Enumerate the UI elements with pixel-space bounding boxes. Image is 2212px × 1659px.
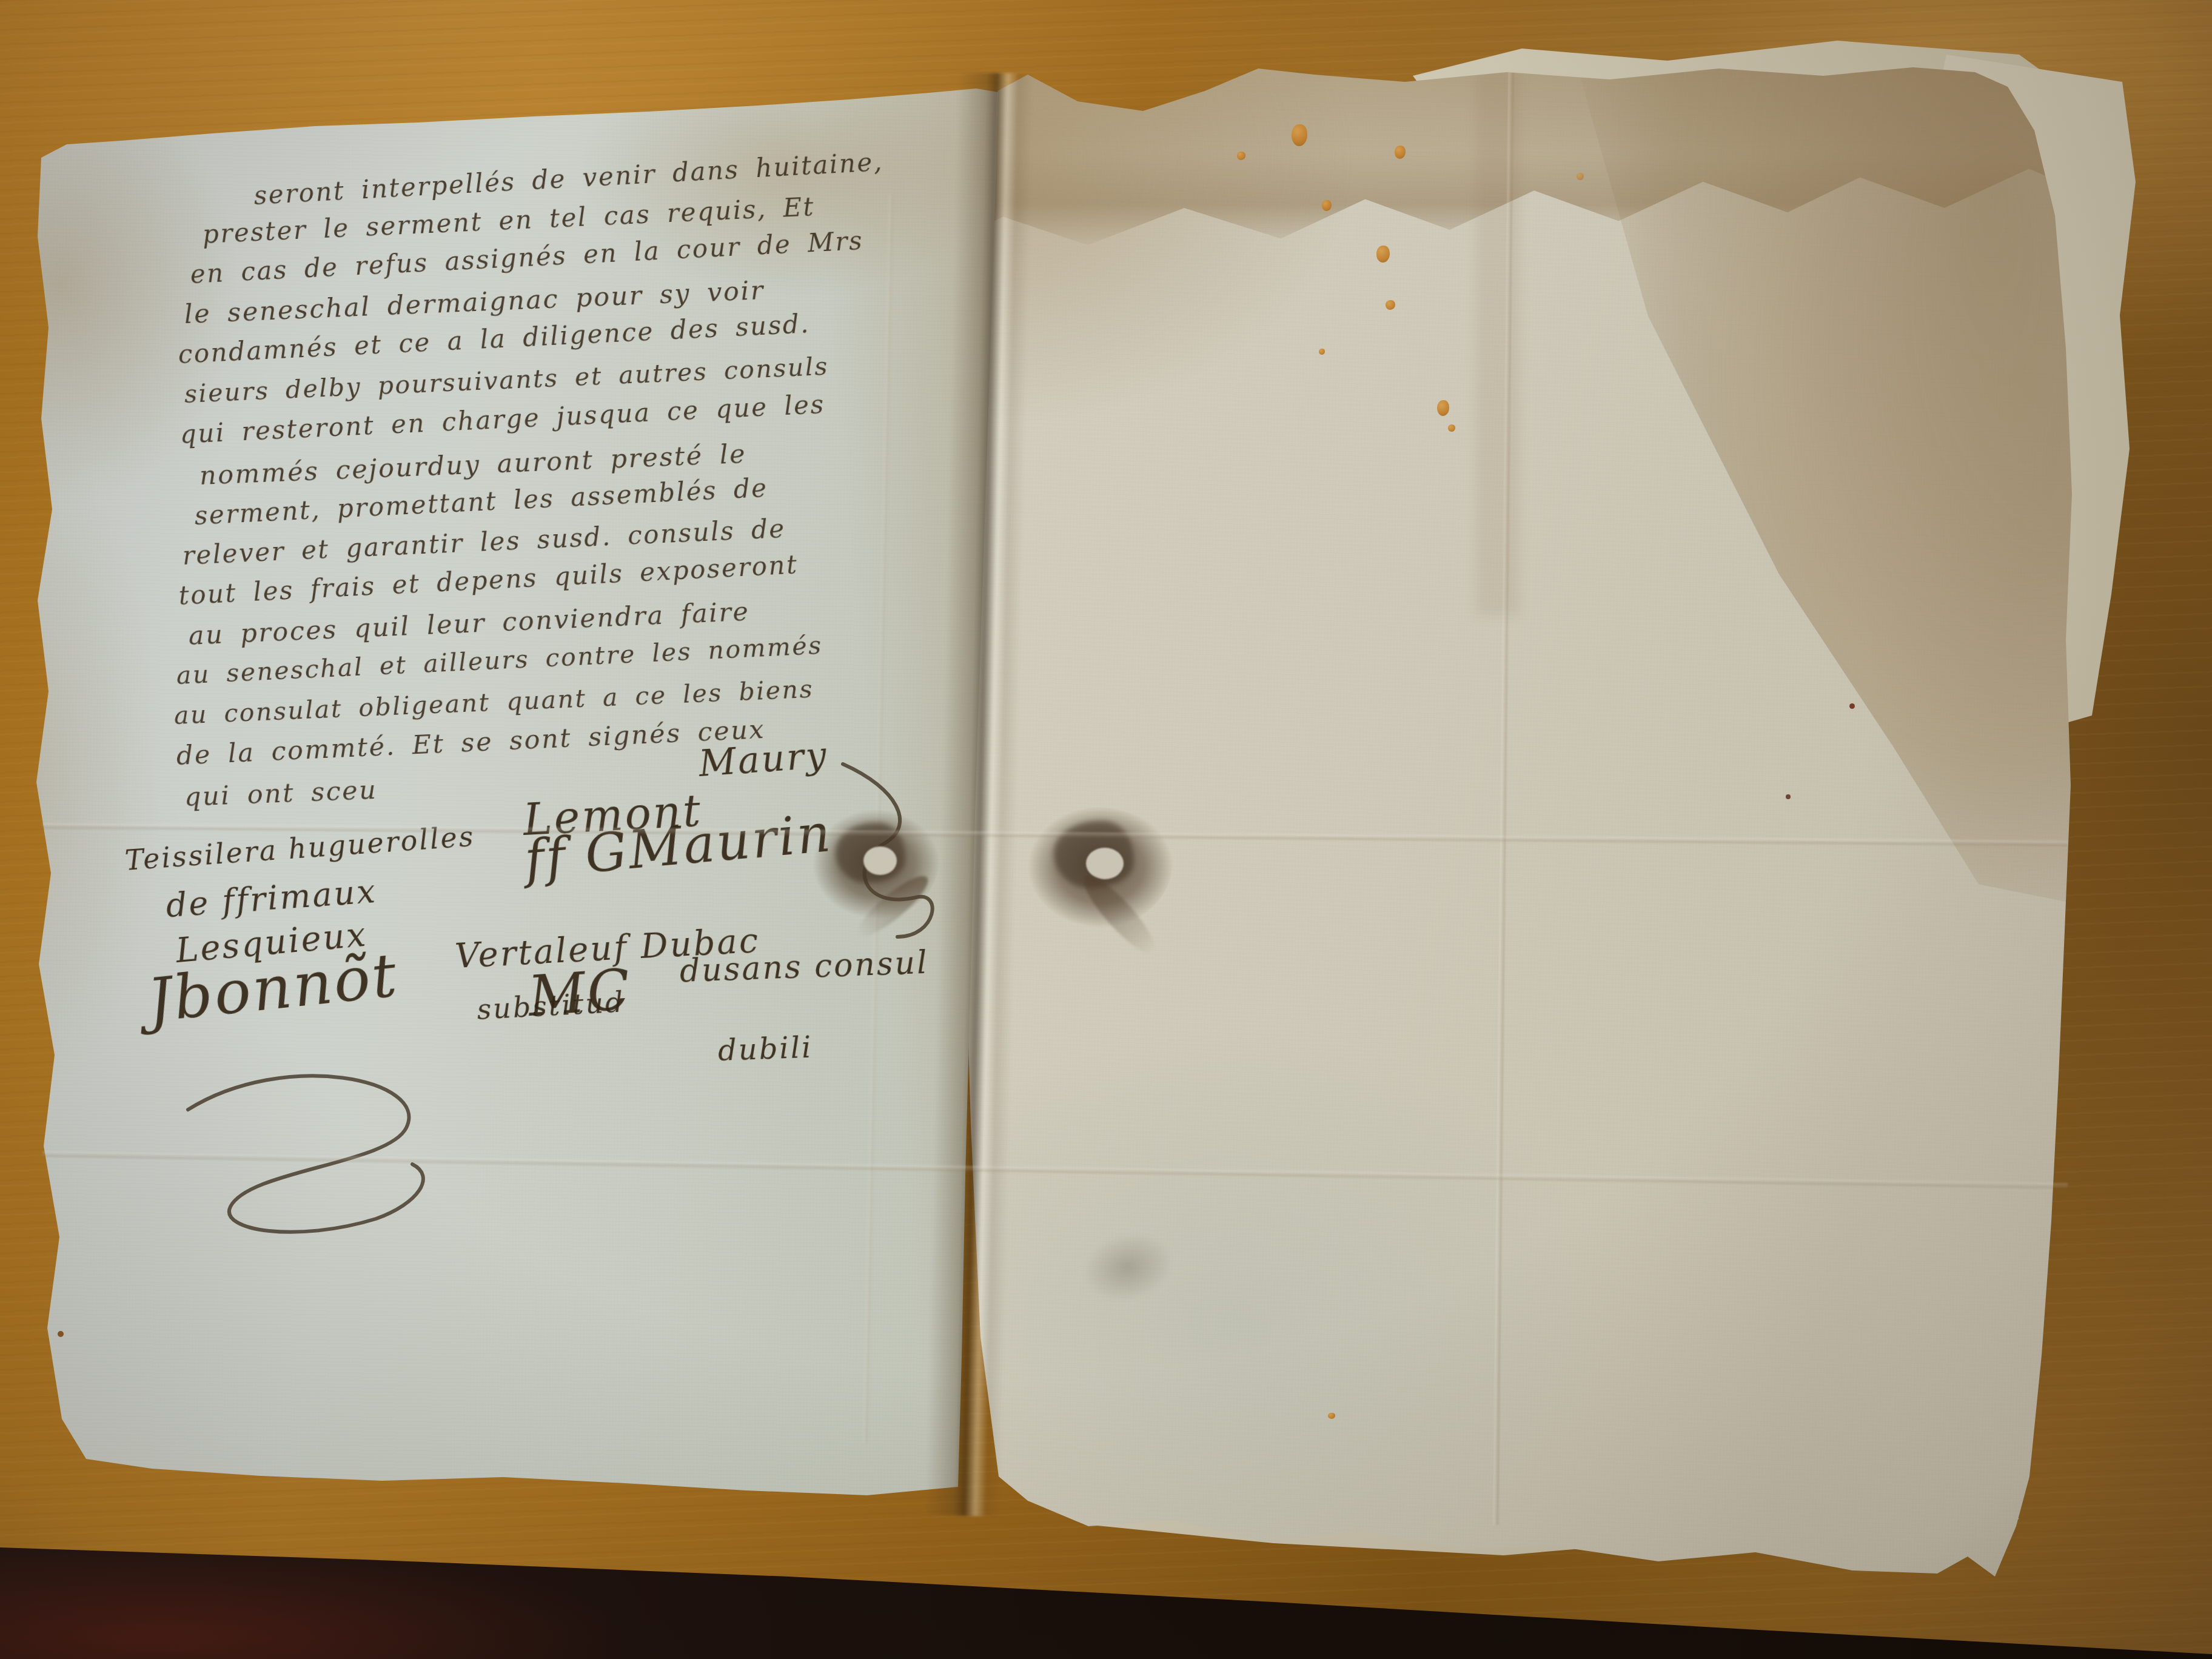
photo-of-manuscript: seront interpellés de venir dans huitain… <box>0 0 2212 1659</box>
left-page-manuscript: seront interpellés de venir dans huitain… <box>30 85 1007 1510</box>
red-speck <box>1849 703 1855 709</box>
signature: Maury <box>697 734 829 785</box>
right-page-blank <box>943 33 2150 1610</box>
orange-speck <box>58 1331 64 1337</box>
signature: dubili <box>717 1031 813 1068</box>
ink-blot <box>813 809 940 919</box>
ink-blot-gap <box>863 846 897 875</box>
ink-blot-gap <box>1086 848 1124 879</box>
red-speck <box>1786 794 1791 799</box>
paraphe-flourish <box>176 1073 461 1255</box>
ink-blot <box>1028 806 1173 928</box>
dark-red-floor-corner <box>0 1552 606 1659</box>
